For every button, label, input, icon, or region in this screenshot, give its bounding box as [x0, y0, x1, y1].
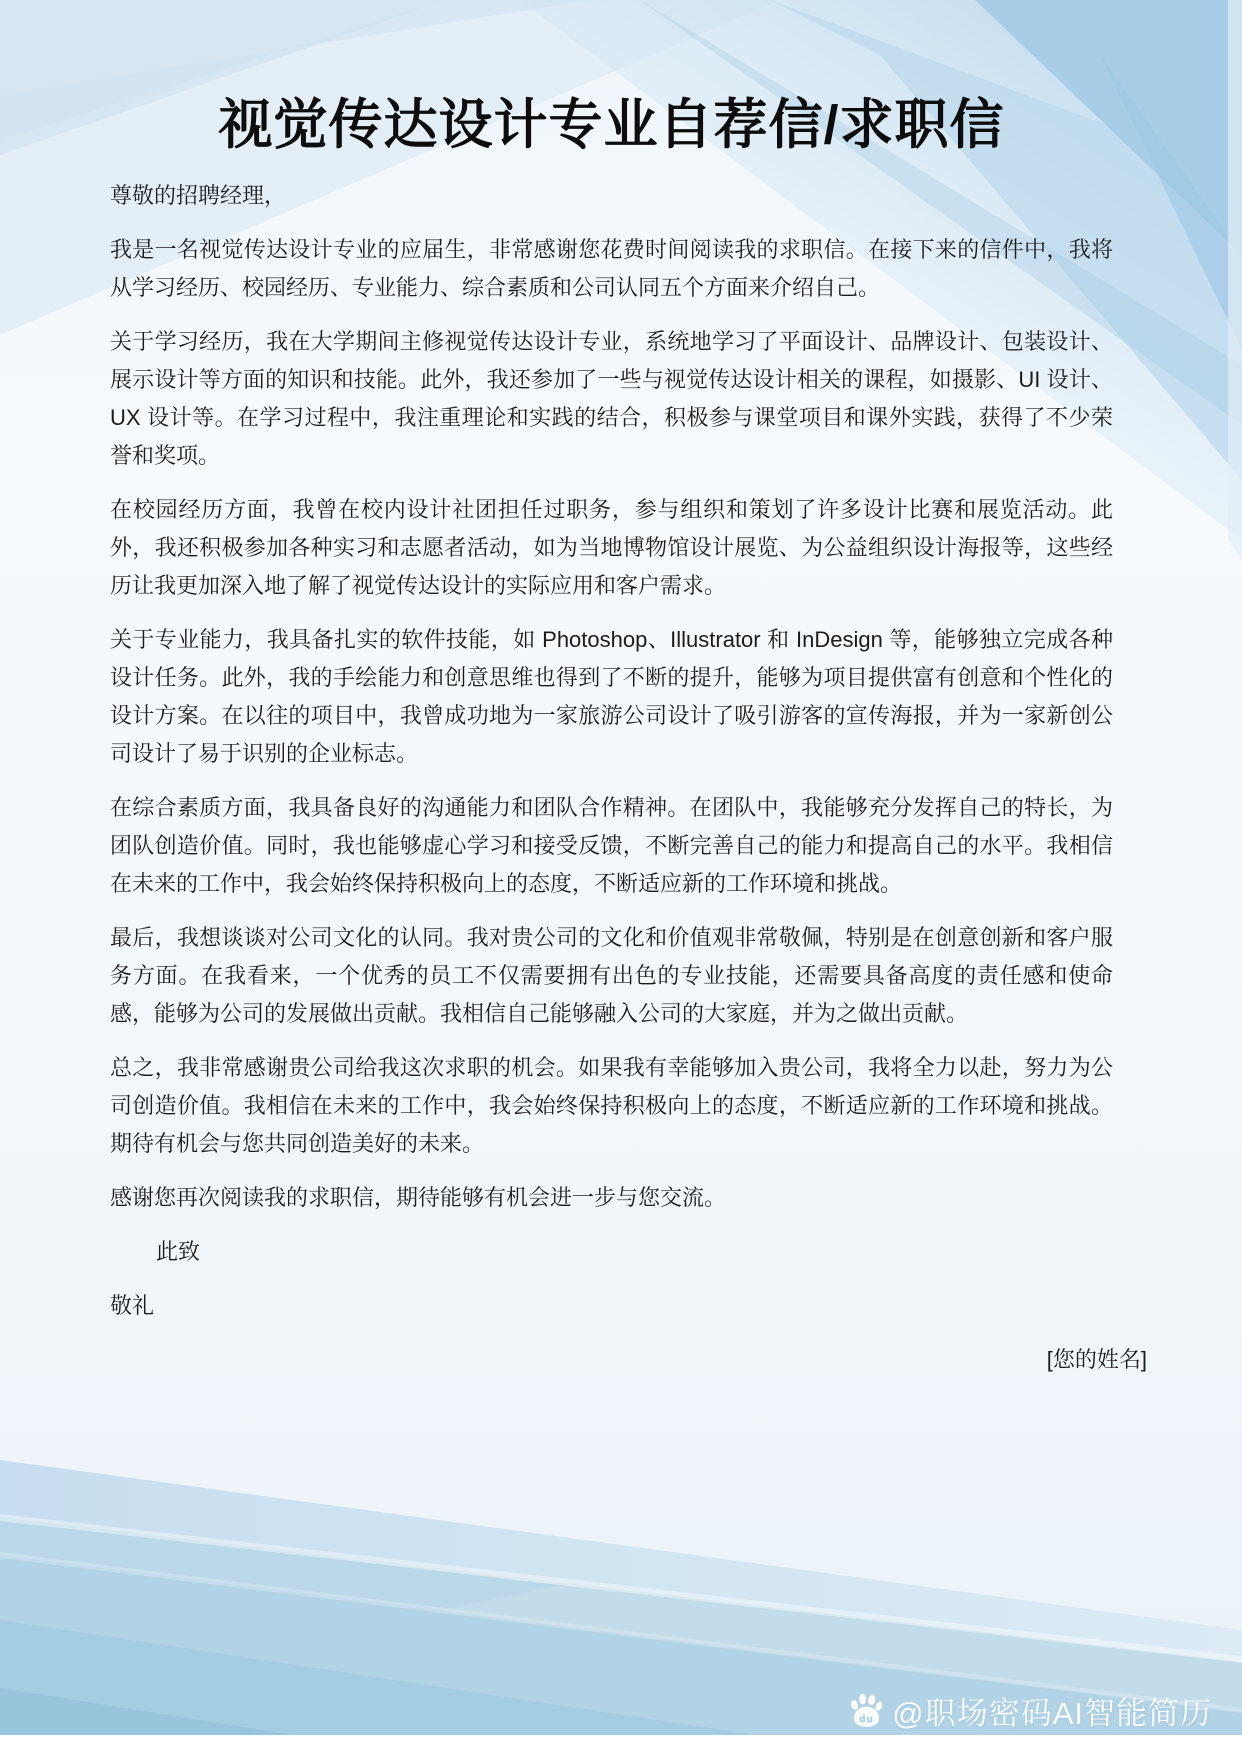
body-paragraph-study: 关于学习经历，我在大学期间主修视觉传达设计专业，系统地学习了平面设计、品牌设计、… [110, 323, 1113, 475]
body-paragraph-campus: 在校园经历方面，我曾在校内设计社团担任过职务，参与组织和策划了许多设计比赛和展览… [110, 491, 1113, 605]
body-paragraph-thanks: 感谢您再次阅读我的求职信，期待能够有机会进一步与您交流。 [110, 1179, 1113, 1217]
salutation: 尊敬的招聘经理， [110, 177, 1113, 215]
body-paragraph-skills: 关于专业能力，我具备扎实的软件技能，如 Photoshop、Illustrato… [110, 621, 1113, 773]
body-paragraph-intro: 我是一名视觉传达设计专业的应届生，非常感谢您花费时间阅读我的求职信。在接下来的信… [110, 231, 1113, 307]
closing-salute: 敬礼 [110, 1287, 1113, 1325]
cover-letter-page: 视觉传达设计专业自荐信/求职信 尊敬的招聘经理， 我是一名视觉传达设计专业的应届… [0, 0, 1242, 1757]
page-title: 视觉传达设计专业自荐信/求职信 [110, 88, 1113, 162]
watermark: du @职场密码AI智能简历 [847, 1688, 1212, 1733]
baidu-paw-icon: du [847, 1692, 885, 1730]
watermark-text: @职场密码AI智能简历 [892, 1688, 1212, 1733]
body-paragraph-summary: 总之，我非常感谢贵公司给我这次求职的机会。如果我有幸能够加入贵公司，我将全力以赴… [110, 1049, 1113, 1163]
closing-respectfully: 此致 [110, 1233, 1113, 1271]
body-paragraph-culture: 最后，我想谈谈对公司文化的认同。我对贵公司的文化和价值观非常敬佩，特别是在创意创… [110, 919, 1113, 1033]
letter-body: 视觉传达设计专业自荐信/求职信 尊敬的招聘经理， 我是一名视觉传达设计专业的应届… [110, 88, 1113, 1379]
watermark-logo-text: du [859, 1713, 874, 1724]
body-paragraph-quality: 在综合素质方面，我具备良好的沟通能力和团队合作精神。在团队中，我能够充分发挥自己… [110, 789, 1113, 903]
signature-placeholder: [您的姓名] [110, 1341, 1147, 1379]
